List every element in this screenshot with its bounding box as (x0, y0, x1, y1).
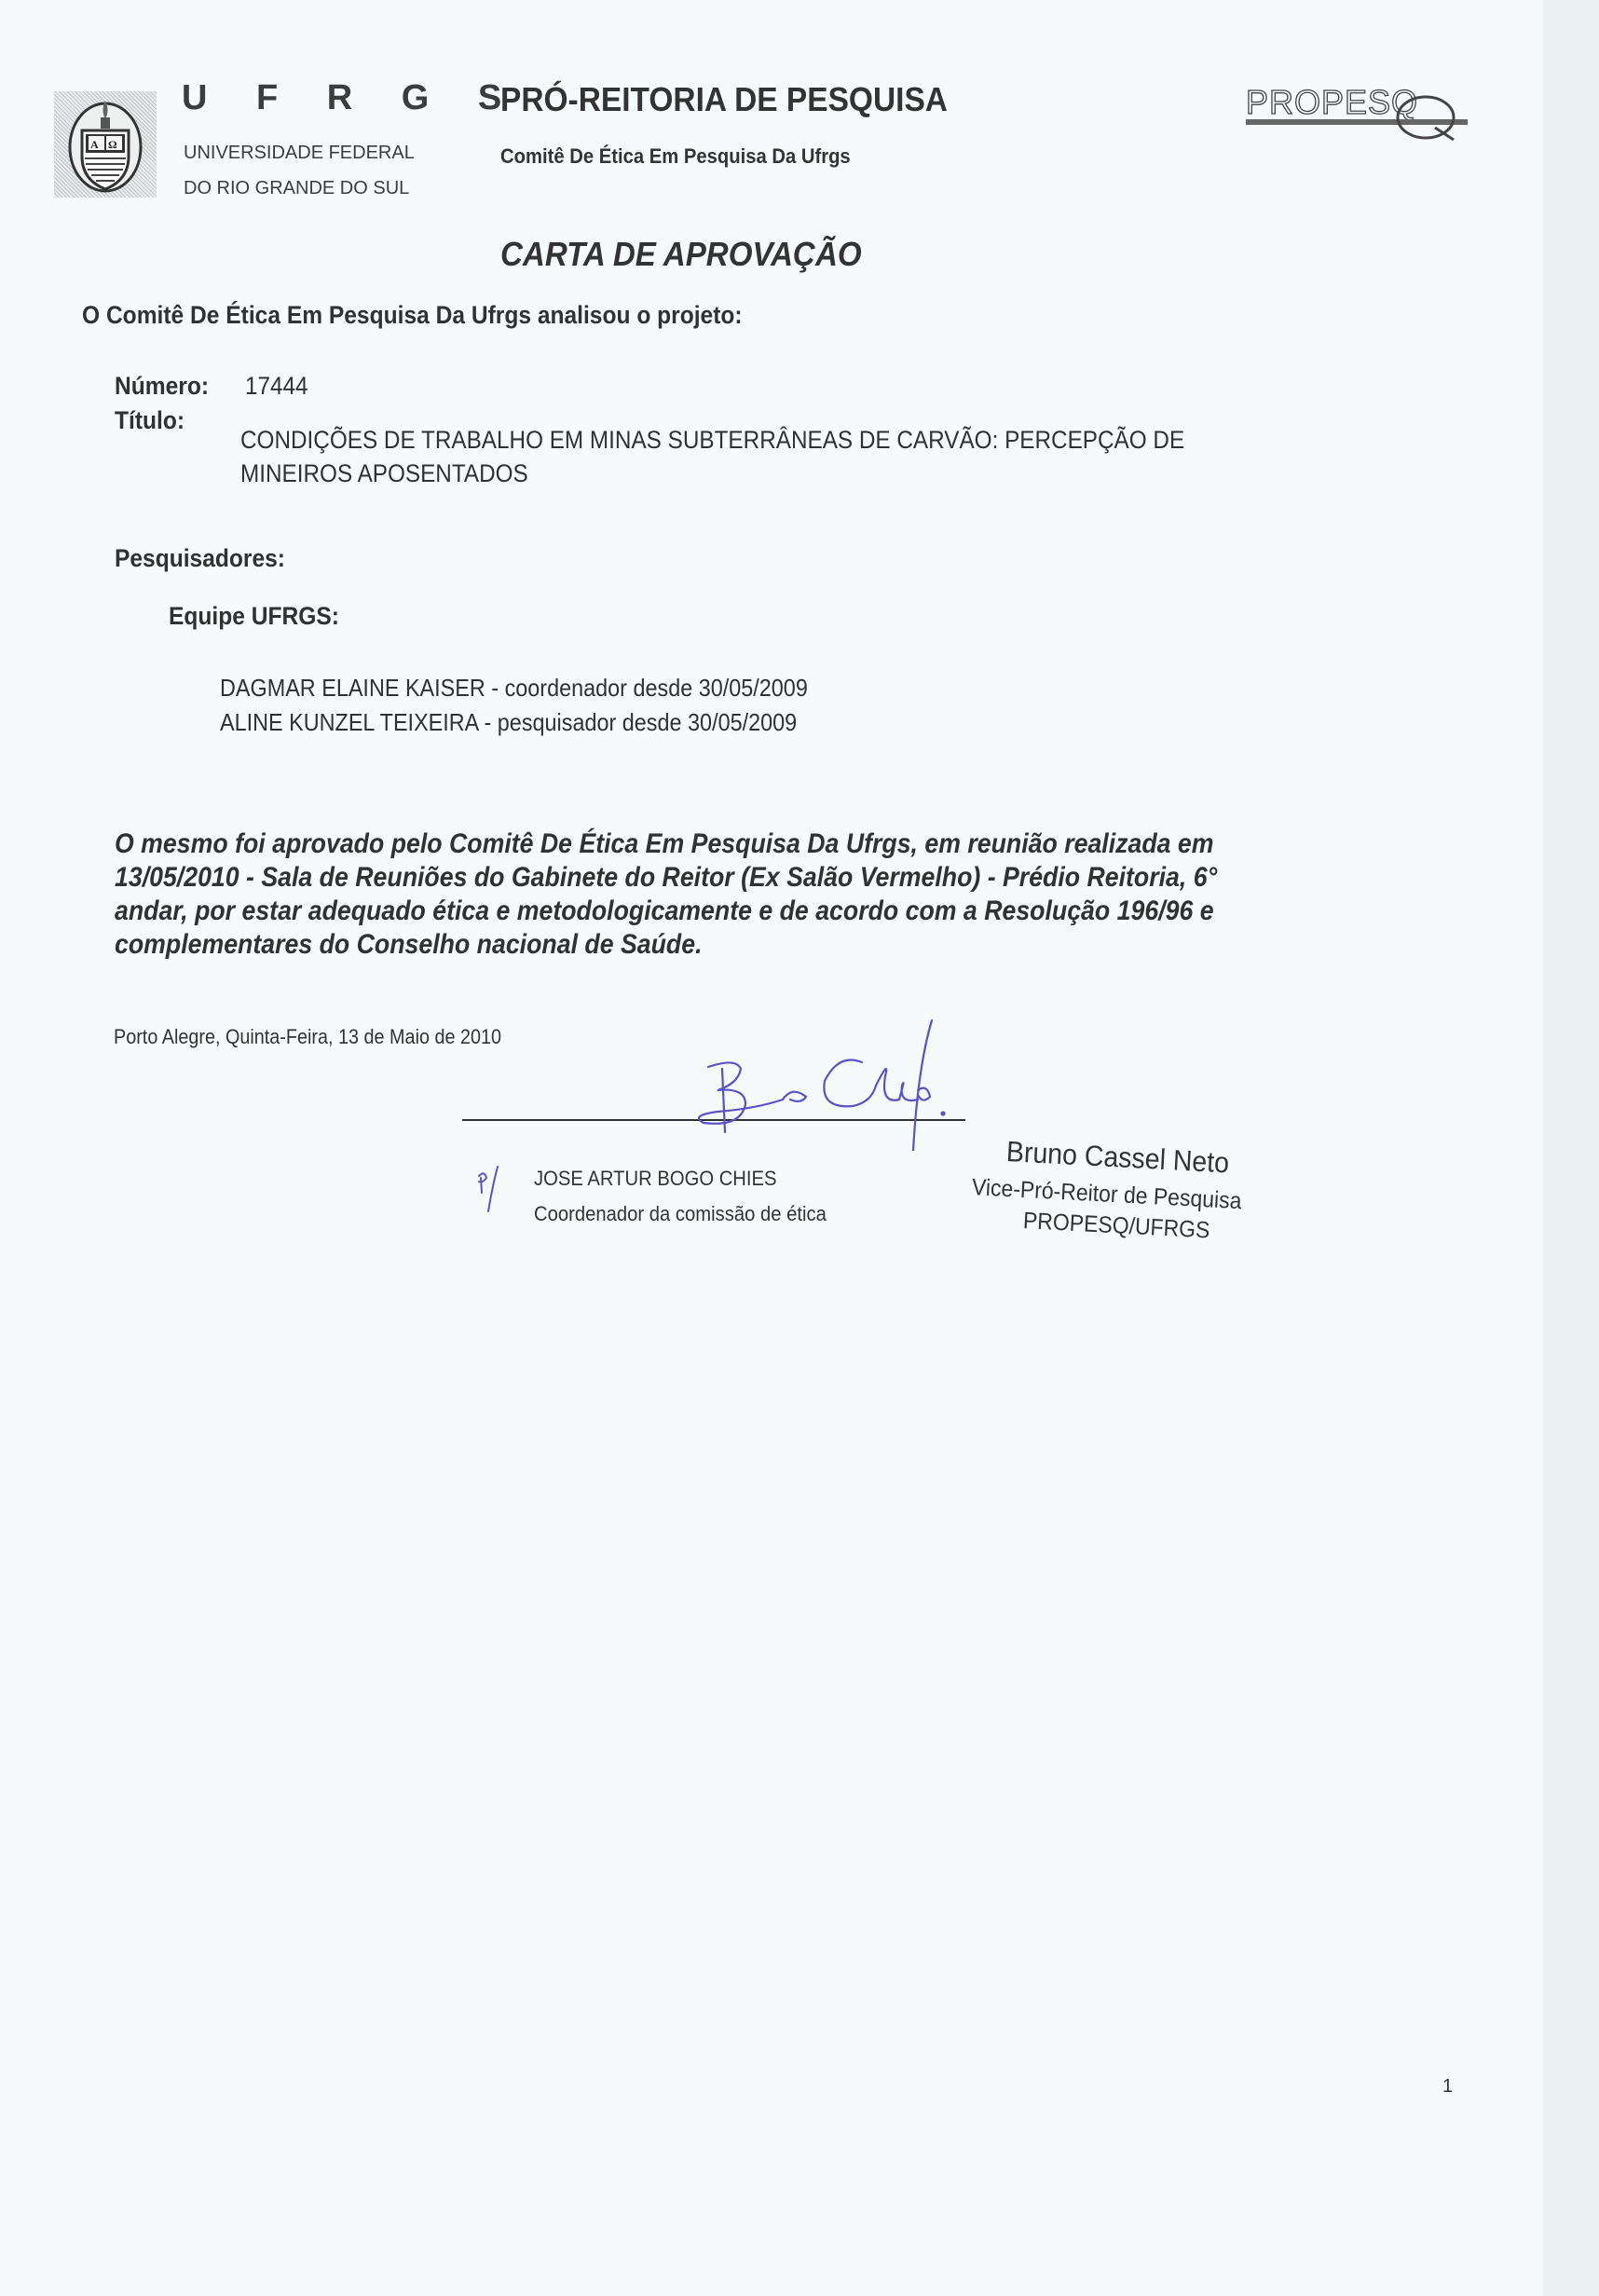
svg-text:Ω: Ω (108, 138, 117, 151)
university-name-line1: UNIVERSIDADE FEDERAL (184, 143, 415, 164)
svg-text:A: A (90, 138, 99, 151)
coordinator-name: JOSE ARTUR BOGO CHIES (534, 1167, 777, 1191)
handwritten-signature-icon (652, 1011, 960, 1151)
numero-value: 17444 (245, 372, 308, 401)
intro-text: O Comitê De Ética Em Pesquisa Da Ufrgs a… (82, 301, 743, 330)
numero-label: Número: (115, 372, 209, 401)
university-acronym: U F R G S (182, 78, 521, 118)
approval-line: O mesmo foi aprovado pelo Comitê De Étic… (115, 827, 1354, 861)
titulo-value-line1: CONDIÇÕES DE TRABALHO EM MINAS SUBTERRÂN… (240, 426, 1184, 455)
committee-name: Comitê De Ética Em Pesquisa Da Ufrgs (500, 144, 851, 169)
stamp-org: PROPESQ/UFRGS (1022, 1208, 1210, 1244)
propesq-logo-icon: PROPESQ (1244, 76, 1477, 142)
equipe-label: Equipe UFRGS: (169, 602, 339, 631)
university-name-line2: DO RIO GRANDE DO SUL (184, 178, 409, 199)
approval-line: complementares do Conselho nacional de S… (115, 928, 1354, 962)
stamp-role: Vice-Pró-Reitor de Pesquisa (971, 1174, 1242, 1215)
approval-line: 13/05/2010 - Sala de Reuniões do Gabinet… (115, 861, 1354, 895)
approval-statement: O mesmo foi aprovado pelo Comitê De Étic… (115, 827, 1484, 962)
svg-text:PROPESQ: PROPESQ (1246, 83, 1418, 121)
team-member: ALINE KUNZEL TEIXEIRA - pesquisador desd… (220, 708, 797, 737)
titulo-label: Título: (115, 406, 184, 435)
titulo-value-line2: MINEIROS APOSENTADOS (240, 459, 528, 488)
pp-handwritten-mark-icon (475, 1165, 503, 1221)
stamp-name: Bruno Cassel Neto (1005, 1135, 1230, 1180)
pesquisadores-label: Pesquisadores: (115, 544, 285, 573)
coordinator-role: Coordenador da comissão de ética (534, 1202, 827, 1226)
team-member: DAGMAR ELAINE KAISER - coordenador desde… (220, 674, 808, 703)
approval-line: andar, por estar adequado ética e metodo… (115, 895, 1354, 928)
university-crest-icon: A Ω (54, 91, 157, 198)
scan-edge (1543, 0, 1599, 2296)
office-title: PRÓ-REITORIA DE PESQUISA (500, 80, 948, 119)
document-title: CARTA DE APROVAÇÃO (500, 235, 862, 274)
place-date: Porto Alegre, Quinta-Feira, 13 de Maio d… (114, 1025, 501, 1049)
page-number: 1 (1442, 2076, 1453, 2098)
